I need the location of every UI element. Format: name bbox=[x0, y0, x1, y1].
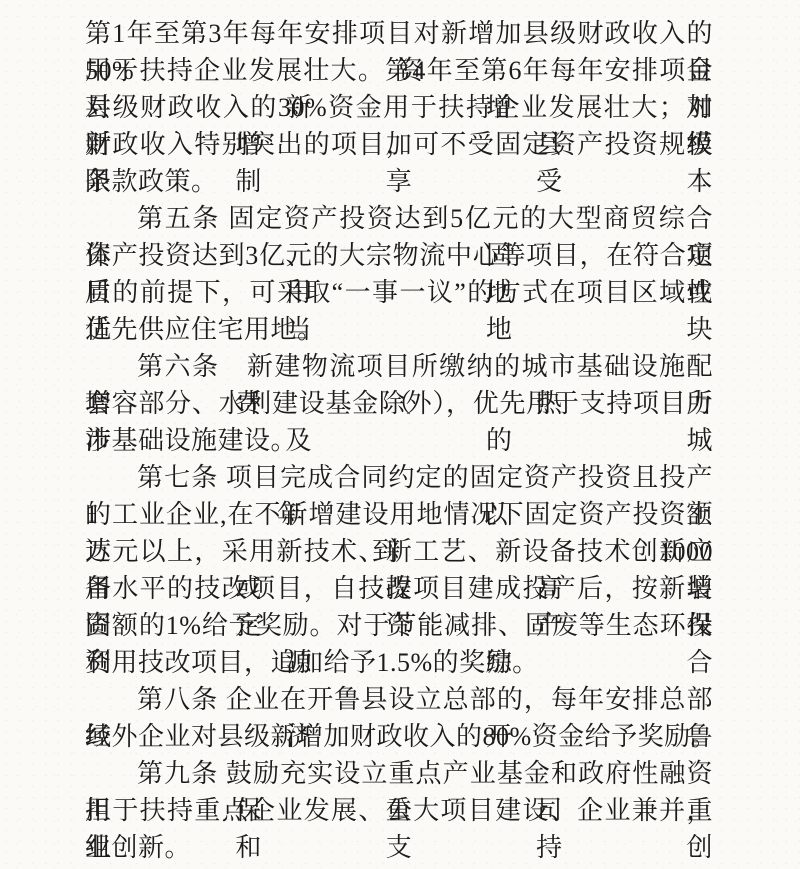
text-line: 的工业企业,在不新增建设用地情况下固定资产投资额达到1000 bbox=[85, 496, 713, 533]
text-line: 财政收入特别突出的项目，可不受固定资产投资规模限制享受本 bbox=[85, 126, 713, 163]
article-5-heading-line: 第五条 固定资产投资达到5亿元的大型商贸综合体、固定 bbox=[85, 200, 713, 237]
text-line: 资产投资达到3亿元的大宗物流中心等项目，在符合项目用地性 bbox=[85, 237, 713, 274]
paragraph-article-9: 第九条 鼓励充实设立重点产业基金和政府性融资担保公司， 用于扶持重点企业发展、重… bbox=[85, 755, 713, 866]
article-6-heading-line: 第六条 新建物流项目所缴纳的城市基础设施配套费（热力 bbox=[85, 348, 713, 385]
article-8-heading-line: 第八条 企业在开鲁县设立总部的，每年安排总部经济开鲁 bbox=[85, 681, 713, 718]
text-line: 备水平的技改项目，自技改项目建成投产后，按新增固定资产投 bbox=[85, 570, 713, 607]
text-line: 增容部分、水利建设基金除外），优先用于支持项目所涉及的城 bbox=[85, 385, 713, 422]
paragraph-continuation: 第1年至第3年每年安排项目对新增加县级财政收入的50%资金 用于扶持企业发展壮大… bbox=[85, 15, 713, 200]
text-line: 万元以上，采用新技术、新工艺、新设备技术创新应用或提高装 bbox=[85, 533, 713, 570]
text-line: 资额的1%给予奖励。对于节能减排、固废等生态环保资源综合 bbox=[85, 607, 713, 644]
document-page: 第1年至第3年每年安排项目对新增加县级财政收入的50%资金 用于扶持企业发展壮大… bbox=[0, 0, 800, 869]
document-text-block: 第1年至第3年每年安排项目对新增加县级财政收入的50%资金 用于扶持企业发展壮大… bbox=[85, 15, 713, 866]
text-line: 用于扶持重点企业发展、重大项目建设、企业兼并重组和支持创 bbox=[85, 792, 713, 829]
paragraph-article-8: 第八条 企业在开鲁县设立总部的，每年安排总部经济开鲁 域外企业对县级新增加财政收… bbox=[85, 681, 713, 755]
paragraph-article-6: 第六条 新建物流项目所缴纳的城市基础设施配套费（热力 增容部分、水利建设基金除外… bbox=[85, 348, 713, 459]
paragraph-article-5: 第五条 固定资产投资达到5亿元的大型商贸综合体、固定 资产投资达到3亿元的大宗物… bbox=[85, 200, 713, 348]
text-line: 质的前提下，可采取“一事一议”的方式在项目区域或适当地块 bbox=[85, 274, 713, 311]
paragraph-article-7: 第七条 项目完成合同约定的固定资产投资且投产1年以上 的工业企业,在不新增建设用… bbox=[85, 459, 713, 681]
text-line: 第1年至第3年每年安排项目对新增加县级财政收入的50%资金 bbox=[85, 15, 713, 52]
text-line: 县级财政收入的30%资金用于扶持企业发展壮大；对新增加县级 bbox=[85, 89, 713, 126]
text-line: 用于扶持企业发展壮大。第4年至第6年每年安排项目对新增加 bbox=[85, 52, 713, 89]
article-9-heading-line: 第九条 鼓励充实设立重点产业基金和政府性融资担保公司， bbox=[85, 755, 713, 792]
text-line: 域外企业对县级新增加财政收入的80%资金给予奖励。 bbox=[85, 718, 713, 755]
article-7-heading-line: 第七条 项目完成合同约定的固定资产投资且投产1年以上 bbox=[85, 459, 713, 496]
